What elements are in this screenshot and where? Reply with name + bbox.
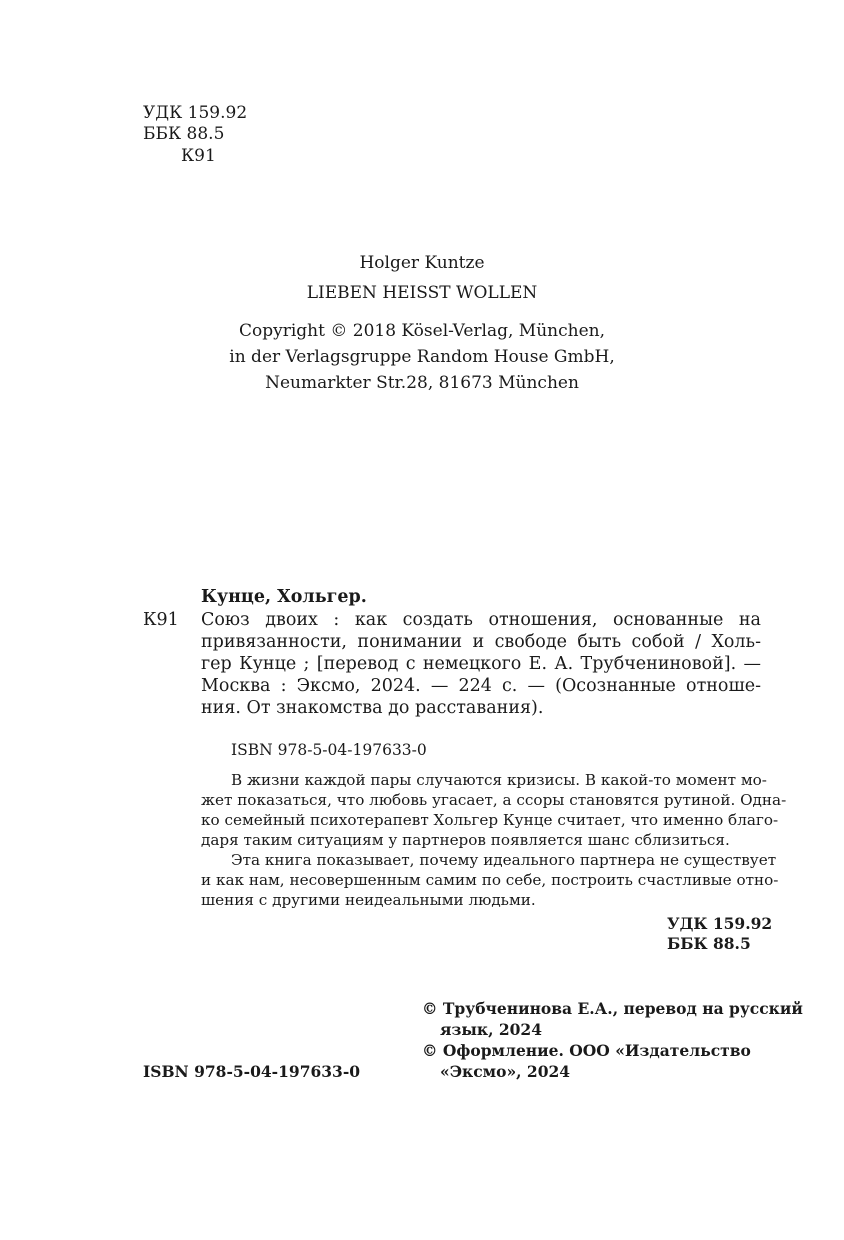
- bib-author-mark: К91: [143, 610, 179, 630]
- copyright-design-line2: «Эксмо», 2024: [422, 1061, 751, 1082]
- udk-code-top: УДК 159.92: [143, 103, 247, 124]
- annotation-line: даря таким ситуациям у партнеров появляе…: [201, 830, 762, 850]
- annotation-line: В жизни каждой пары случаются кризисы. В…: [201, 770, 762, 790]
- copyright-design-line1: © Оформление. ООО «Издательство: [422, 1040, 751, 1061]
- annotation-line: ко семейный психотерапевт Хольгер Кунце …: [201, 810, 762, 830]
- bib-heading: Кунце, Хольгер.: [201, 587, 367, 607]
- annotation-line: жет показаться, что любовь угасает, а сс…: [201, 790, 762, 810]
- bib-description: Союз двоих : как создать отношения, осно…: [201, 609, 761, 719]
- annotation-line: шения с другими неидеальными людьми.: [201, 890, 762, 910]
- bib-line: привязанности, понимании и свободе быть …: [201, 631, 761, 653]
- annotation-line: Эта книга показывает, почему идеального …: [201, 850, 762, 870]
- copyright-translation-line1: © Трубченинова Е.А., перевод на русский: [422, 998, 803, 1019]
- copyright-translation: © Трубченинова Е.А., перевод на русский …: [422, 998, 803, 1040]
- original-edition: Holger Kuntze LIEBEN HEISST WOLLEN: [0, 252, 844, 304]
- annotation-line: и как нам, несовершенным самим по себе, …: [201, 870, 762, 890]
- copyright-translation-line2: язык, 2024: [422, 1019, 803, 1040]
- bbk-code-bottom: ББК 88.5: [667, 934, 751, 953]
- copyright-line: in der Verlagsgruppe Random House GmbH,: [0, 344, 844, 370]
- copyright-line: Neumarkter Str.28, 81673 München: [0, 370, 844, 396]
- footer-isbn: ISBN 978-5-04-197633-0: [143, 1062, 360, 1081]
- bib-isbn: ISBN 978-5-04-197633-0: [231, 741, 427, 759]
- bib-line: Москва : Эксмо, 2024. — 224 с. — (Осозна…: [201, 675, 761, 697]
- original-title: LIEBEN HEISST WOLLEN: [0, 282, 844, 304]
- copyright-notice: Copyright © 2018 Kösel-Verlag, München, …: [0, 318, 844, 396]
- copyright-design: © Оформление. ООО «Издательство «Эксмо»,…: [422, 1040, 751, 1082]
- bib-line: Союз двоих : как создать отношения, осно…: [201, 609, 761, 631]
- bib-line: ния. От знакомства до расставания).: [201, 697, 761, 719]
- original-author: Holger Kuntze: [0, 252, 844, 274]
- author-mark-top: К91: [181, 146, 216, 167]
- udk-code-bottom: УДК 159.92: [667, 914, 772, 933]
- copyright-line: Copyright © 2018 Kösel-Verlag, München,: [0, 318, 844, 344]
- bib-line: гер Кунце ; [перевод с немецкого Е. А. Т…: [201, 653, 761, 675]
- annotation: В жизни каждой пары случаются кризисы. В…: [201, 770, 762, 910]
- bbk-code-top: ББК 88.5: [143, 124, 224, 145]
